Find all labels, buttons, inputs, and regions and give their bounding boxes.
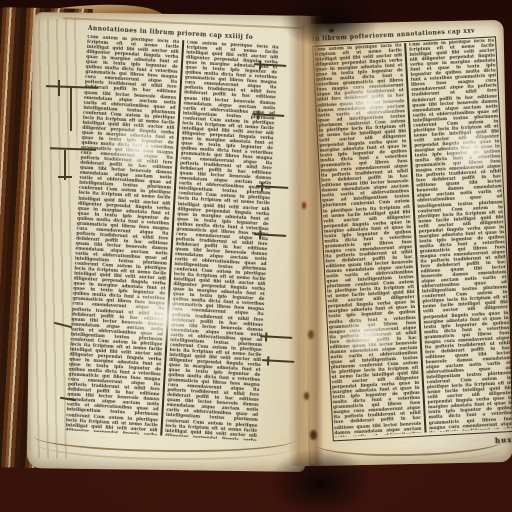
margin-annotation-bracket — [58, 176, 72, 178]
right-page: In librum pofteriorem annotationes cap x… — [301, 20, 512, 466]
spine-bottom-shadow — [268, 448, 372, 512]
gutter-annotation-mark — [254, 63, 286, 75]
left-page-faded-patch — [121, 285, 206, 348]
gutter-annotation-mark — [252, 113, 284, 125]
spine-top-shadow — [280, 0, 380, 48]
right-page-faded-patch — [333, 78, 408, 128]
right-page-column-2: Cum autem in plerifque locis ita fcriptu… — [409, 38, 512, 432]
gutter-annotation-mark — [254, 233, 286, 245]
gutter-annotation-mark — [262, 359, 294, 371]
right-page-faded-patch — [442, 124, 503, 175]
left-page-column-1: Cum autem in plerifque locis ita fcriptu… — [65, 35, 179, 436]
margin-annotation-bracket — [58, 80, 60, 96]
gutter-stain — [304, 392, 309, 400]
photo-antique-open-book: Annotationes in librum priorem cap xxiii… — [0, 0, 512, 512]
book-gutter-fold — [288, 16, 324, 466]
right-page-faded-patch — [336, 314, 401, 357]
gutter-annotation-mark — [260, 335, 292, 347]
gutter-stain — [310, 430, 317, 440]
margin-annotation-bracket — [70, 87, 72, 131]
gutter-stain — [302, 202, 306, 209]
left-page-faded-patch — [103, 121, 176, 174]
gutter-stain — [308, 330, 314, 339]
gutter-annotation-mark — [256, 185, 288, 197]
left-page-bottom-edge — [37, 444, 293, 462]
